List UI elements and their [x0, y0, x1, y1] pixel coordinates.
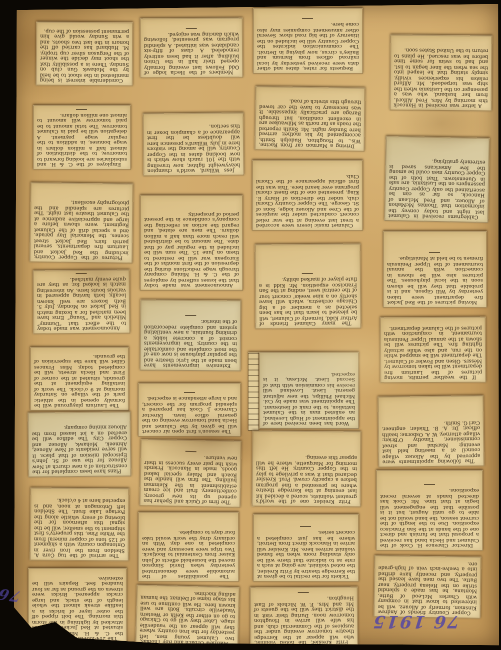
news-clipping: Announcement was made today that the los… [140, 195, 243, 291]
news-clipping: Considerable interest is being manifeste… [36, 22, 133, 87]
news-clipping: Fritz Kreisler, the noted violinist, who… [250, 587, 358, 649]
news-clipping: Moving pictures of the Red Jacket fire d… [383, 231, 487, 308]
news-clipping: Members of the Hecla lodge of Odd Fellow… [140, 18, 243, 79]
news-clipping: The possibilities of the automobile were… [138, 512, 239, 582]
news-clipping: Driving a Marmon car from Racine, Wis., … [255, 86, 366, 152]
news-clipping: Pictures of the Copper Country, includin… [30, 182, 134, 263]
news-clipping: Director Clarence H. Cook of the Calumet… [376, 470, 483, 551]
scrapbook-photo: Considerable interest is being manifeste… [0, 0, 501, 650]
news-clipping: The firm of Quick and Spehar has opened … [139, 439, 241, 508]
news-clipping: Word has been received here of the appoi… [259, 352, 359, 429]
news-clipping: Employes of the C. & H. and subsidiaries… [33, 105, 131, 170]
news-clipping: Announcement was made today to the effec… [33, 270, 130, 335]
news-clipping: Jess Willard, world's champion heavyweig… [143, 113, 245, 177]
album-page: Considerable interest is being manifeste… [14, 3, 499, 647]
news-clipping: A letter was received in Hancock this mo… [390, 35, 493, 112]
news-clipping: Calumet music lovers were accorded a tre… [252, 160, 363, 231]
news-clipping: The arrival of the tug Cora A. Sheldon f… [30, 488, 130, 562]
news-clipping: Matthew Orbach and Roy Thomas, two Calum… [135, 585, 239, 649]
news-clipping: If the weather permits, moving pictures … [380, 317, 486, 384]
clipping-fragment [248, 352, 259, 431]
news-clipping: Requests for rates, dates and other data… [253, 8, 363, 74]
news-clipping: The Laurium playground will be formally … [30, 347, 129, 411]
news-clipping: The season's first open air concert will… [138, 383, 241, 437]
news-clipping: Cablegrams received in Calumet last nigh… [384, 136, 490, 223]
news-clipping: The many Calumet friends of Arthur Kidd,… [255, 244, 362, 330]
news-clipping: Plans have been completed for the constr… [28, 411, 132, 477]
news-clipping: Copper Country friends of Andrew Kinsman… [374, 555, 482, 618]
news-clipping: Tickets for the recital to be given at t… [253, 514, 359, 582]
handwritten-date: 76 1915 [371, 611, 460, 631]
news-clipping: Fritz Kreisler, one of the world's great… [252, 431, 362, 508]
news-clipping: The following appointments were approved… [378, 395, 485, 467]
news-clipping: The 214-foot brick smokestack of the C. … [28, 568, 127, 644]
news-clipping: Extensive improvements have been made at… [140, 300, 241, 372]
